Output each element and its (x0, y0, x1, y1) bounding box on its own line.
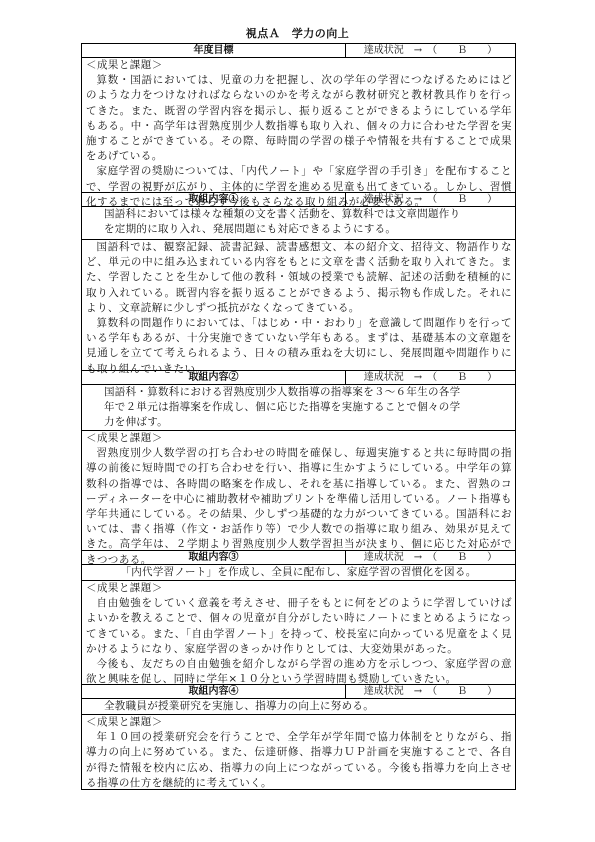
item-4-header: 取組内容④ 達成状況 → （ Ｂ ） (82, 684, 515, 699)
annual-goal-status: 達成状況 → （ Ｂ ） (346, 44, 515, 57)
results-paragraph: 算数・国語においては、児童の力を把握し、次の学年の学習につなげるためにはどのよう… (86, 73, 512, 164)
item-2-goal: 国語科・算数科における習熟度別少人数指導の指導案を３～６年生の各学 年で２単元は… (82, 385, 515, 431)
results-label: ＜成果と課題＞ (86, 715, 512, 730)
goal-line: 「内代学習ノート」を作成し、全員に配布し、家庭学習の習慣化を図る。 (82, 565, 515, 580)
goal-line: 年で２単元は指導案を作成し、個に応じた指導を実施することで個々の学 (104, 400, 515, 415)
goal-line: 国語科・算数科における習熟度別少人数指導の指導案を３～６年生の各学 (104, 385, 515, 400)
item-1-label: 取組内容① (82, 193, 346, 206)
item-1-header: 取組内容① 達成状況 → （ Ｂ ） (82, 192, 515, 207)
results-paragraph: 自由勉強をしていく意義を考えさせ、冊子をもとに何をどのように学習していけばよいか… (86, 596, 512, 657)
page-title: 視点Ａ 学力の向上 (0, 25, 595, 41)
item-2-label: 取組内容② (82, 371, 346, 384)
item-1-goal: 国語科においては様々な種類の文を書く活動を、算数科では文章問題作り を定期的に取… (82, 207, 515, 240)
item-4-status: 達成状況 → （ Ｂ ） (346, 685, 515, 698)
item-2-header: 取組内容② 達成状況 → （ Ｂ ） (82, 370, 515, 385)
results-paragraph: 習熟度別少人数学習の打ち合わせの時間を確保し、毎週実施すると共に毎時間の指導の前… (86, 446, 512, 568)
item-3-label: 取組内容③ (82, 551, 346, 564)
evaluation-table: 年度目標 達成状況 → （ Ｂ ） ＜成果と課題＞ 算数・国語においては、児童の… (81, 43, 516, 790)
item-4-results: ＜成果と課題＞ 年１０回の授業研究会を行うことで、全学年が学年間で協力体制をとり… (82, 715, 515, 789)
annual-goal-header: 年度目標 達成状況 → （ Ｂ ） (82, 44, 515, 58)
item-3-status: 達成状況 → （ Ｂ ） (346, 551, 515, 564)
results-paragraph: 国語科では、観察記録、読書記録、読書感想文、本の紹介文、招待文、物語作りなど、単… (86, 240, 512, 316)
results-label: ＜成果と課題＞ (86, 58, 512, 73)
item-4-goal: 全教職員が授業研究を実施し、指導力の向上に努める。 (82, 699, 515, 715)
results-label: ＜成果と課題＞ (86, 431, 512, 446)
annual-goal-label: 年度目標 (82, 44, 346, 57)
annual-goal-results: ＜成果と課題＞ 算数・国語においては、児童の力を把握し、次の学年の学習につなげる… (82, 58, 515, 192)
results-paragraph: 年１０回の授業研究会を行うことで、全学年が学年間で協力体制をとりながら、指導力の… (86, 730, 512, 791)
goal-line: を定期的に取り入れ、発展問題にも対応できるようにする。 (104, 222, 515, 237)
item-1-status: 達成状況 → （ Ｂ ） (346, 193, 515, 206)
item-2-results: ＜成果と課題＞ 習熟度別少人数学習の打ち合わせの時間を確保し、毎週実施すると共に… (82, 431, 515, 550)
item-3-header: 取組内容③ 達成状況 → （ Ｂ ） (82, 550, 515, 565)
item-2-status: 達成状況 → （ Ｂ ） (346, 371, 515, 384)
goal-line: 力を伸ばす。 (104, 415, 515, 430)
results-paragraph: 算数科の問題作りにおいては、「はじめ・中・おわり」を意識して問題作りを行っている… (86, 316, 512, 377)
goal-line: 国語科においては様々な種類の文を書く活動を、算数科では文章問題作り (104, 207, 515, 222)
goal-line: 全教職員が授業研究を実施し、指導力の向上に努める。 (104, 699, 515, 714)
item-1-results: 国語科では、観察記録、読書記録、読書感想文、本の紹介文、招待文、物語作りなど、単… (82, 240, 515, 370)
item-4-label: 取組内容④ (82, 685, 346, 698)
item-3-goal: 「内代学習ノート」を作成し、全員に配布し、家庭学習の習慣化を図る。 (82, 565, 515, 581)
results-paragraph: 今後も、友だちの自由勉強を紹介しながら学習の進め方を示しつつ、家庭学習の意欲と興… (86, 657, 512, 687)
results-label: ＜成果と課題＞ (86, 581, 512, 596)
item-3-results: ＜成果と課題＞ 自由勉強をしていく意義を考えさせ、冊子をもとに何をどのように学習… (82, 581, 515, 684)
